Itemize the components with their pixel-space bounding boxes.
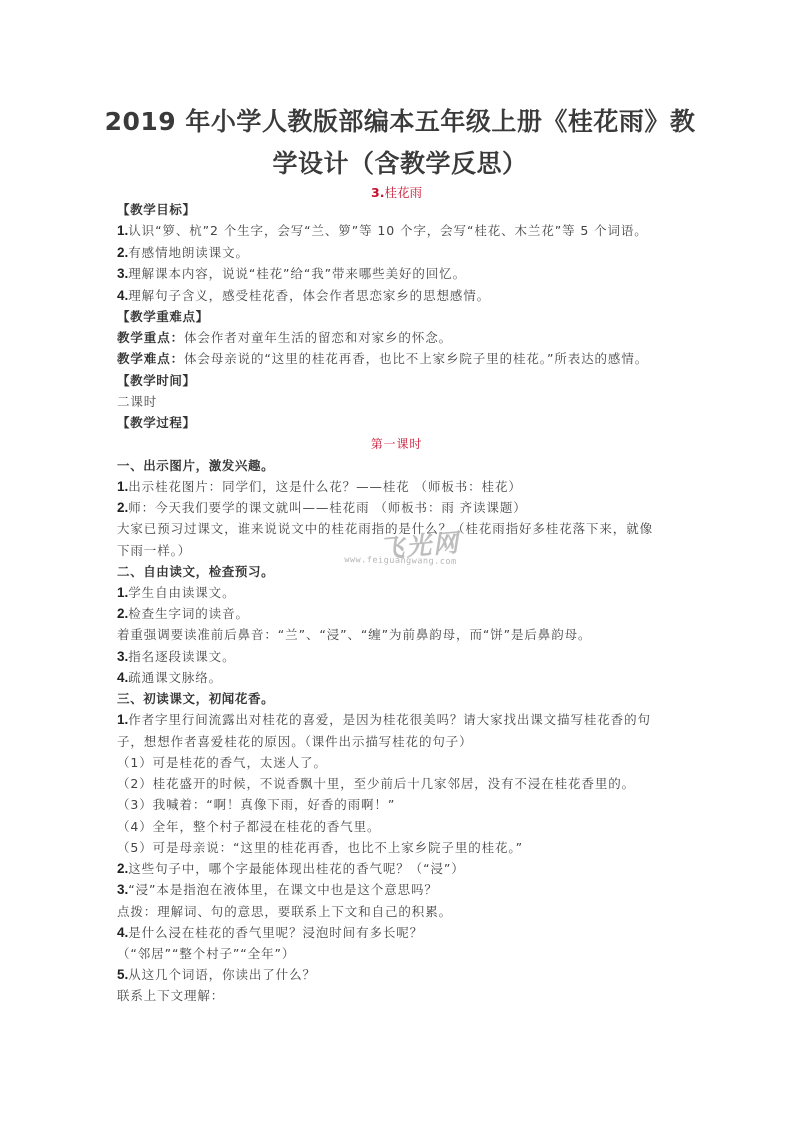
lesson-subtitle: 3.桂花雨 (0, 183, 793, 201)
numbered-item: 2.有感情地朗读课文。 (117, 245, 249, 261)
item-number: （5） (117, 840, 153, 855)
numbered-item: 4.理解句子含义，感受桂花香，体会作者思恋家乡的思想感情。 (117, 288, 490, 304)
numbered-item: 1.认识“箩、杭”2 个生字，会写“兰、箩”等 10 个字，会写“桂花、木兰花”… (117, 223, 648, 239)
item-number: 5. (117, 967, 128, 982)
quoted-sentence: （4）全年，整个村子都浸在桂花的香气里。 (117, 819, 380, 835)
item-number: 1. (117, 223, 128, 238)
section-heading: 【教学过程】 (117, 415, 196, 431)
paragraph-line: 点拨：理解词、句的意思，要联系上下文和自己的积累。 (117, 904, 452, 920)
document-title-line-1: 2019 年小学人教版部编本五年级上册《桂花雨》教 (100, 102, 700, 138)
item-text: 出示桂花图片：同学们，这是什么花？——桂花 （师板书：桂花） (128, 479, 521, 494)
labeled-paragraph: 教学重点：体会作者对童年生活的留恋和对家乡的怀念。 (117, 330, 452, 346)
item-text: 从这几个词语，你读出了什么？ (128, 967, 316, 982)
item-text: 理解句子含义，感受桂花香，体会作者思恋家乡的思想感情。 (128, 288, 490, 303)
quoted-sentence: （1）可是桂花的香气，太迷人了。 (117, 755, 327, 771)
item-text: 这些句子中，哪个字最能体现出桂花的香气呢？（“浸”） (128, 861, 464, 876)
item-number: （2） (117, 776, 153, 791)
numbered-item: 5.从这几个词语，你读出了什么？ (117, 967, 316, 983)
item-number: 4. (117, 288, 128, 303)
item-number: 3. (117, 649, 128, 664)
item-number: 3. (117, 266, 128, 281)
numbered-item: 3.指名逐段读课文。 (117, 649, 235, 665)
item-text: 可是桂花的香气，太迷人了。 (153, 755, 327, 770)
paragraph-label: 教学难点： (117, 351, 184, 366)
item-number: 2. (117, 500, 128, 515)
paragraph-line: （“邻居”“整个村子”“全年”） (117, 946, 295, 962)
item-text: 理解课本内容，说说“桂花”给“我”带来哪些美好的回忆。 (128, 266, 466, 281)
paragraph-line: 大家已预习过课文，谁来说说文中的桂花雨指的是什么？（桂花雨指好多桂花落下来，就像 (117, 521, 653, 537)
lesson-period-heading: 第一课时 (0, 436, 793, 452)
item-text: 疏通课文脉络。 (128, 670, 222, 685)
process-step-heading: 一、出示图片，激发兴趣。 (117, 458, 274, 474)
paragraph-text: 体会作者对童年生活的留恋和对家乡的怀念。 (184, 330, 452, 345)
section-heading: 【教学时间】 (117, 373, 196, 389)
quoted-sentence: （3）我喊着：“啊！真像下雨，好香的雨啊！” (117, 797, 395, 813)
item-text: 师：今天我们要学的课文就叫——桂花雨 （师板书：雨 齐读课题） (128, 500, 526, 515)
item-number: 4. (117, 670, 128, 685)
process-step-heading: 二、自由读文，检查预习。 (117, 564, 274, 580)
item-text: 检查生字词的读音。 (128, 606, 249, 621)
numbered-item: 2.这些句子中，哪个字最能体现出桂花的香气呢？（“浸”） (117, 861, 465, 877)
quoted-sentence: （2）桂花盛开的时候，不说香飘十里，至少前后十几家邻居，没有不浸在桂花香里的。 (117, 776, 635, 792)
paragraph-line: 子，想想作者喜爱桂花的原因。（课件出示描写桂花的句子） (117, 734, 473, 750)
item-text: 学生自由读课文。 (128, 585, 235, 600)
item-number: 2. (117, 606, 128, 621)
item-number: （4） (117, 819, 153, 834)
item-number: 1. (117, 585, 128, 600)
paragraph-label: 教学重点： (117, 330, 184, 345)
item-number: 2. (117, 245, 128, 260)
item-text: 有感情地朗读课文。 (128, 245, 249, 260)
numbered-item: 4.疏通课文脉络。 (117, 670, 222, 686)
process-step-heading: 三、初读课文，初闻花香。 (117, 691, 274, 707)
item-text: 指名逐段读课文。 (128, 649, 235, 664)
numbered-item: 1.出示桂花图片：同学们，这是什么花？——桂花 （师板书：桂花） (117, 479, 522, 495)
labeled-paragraph: 教学难点：体会母亲说的“这里的桂花再香，也比不上家乡院子里的桂花。”所表达的感情… (117, 351, 648, 367)
item-number: （3） (117, 797, 153, 812)
numbered-item: 3.理解课本内容，说说“桂花”给“我”带来哪些美好的回忆。 (117, 266, 466, 282)
item-text: “浸”本是指泡在液体里，在课文中也是这个意思吗？ (128, 882, 438, 897)
paragraph-line: 联系上下文理解： (117, 988, 224, 1004)
document-page: 2019 年小学人教版部编本五年级上册《桂花雨》教 学设计（含教学反思） 3.桂… (0, 0, 793, 1122)
numbered-item: 4.是什么浸在桂花的香气里呢？浸泡时间有多长呢？ (117, 925, 423, 941)
item-text: 作者字里行间流露出对桂花的喜爱，是因为桂花很美吗？请大家找出课文描写桂花香的句 (128, 712, 651, 727)
paragraph-line: 二课时 (117, 394, 157, 410)
item-number: 3. (117, 882, 128, 897)
section-heading: 【教学目标】 (117, 202, 196, 218)
item-text: 是什么浸在桂花的香气里呢？浸泡时间有多长呢？ (128, 925, 423, 940)
lesson-name: 桂花雨 (384, 185, 422, 200)
item-text: 可是母亲说：“这里的桂花再香，也比不上家乡院子里的桂花。” (153, 840, 523, 855)
item-number: （1） (117, 755, 153, 770)
numbered-item: 2.师：今天我们要学的课文就叫——桂花雨 （师板书：雨 齐读课题） (117, 500, 527, 516)
paragraph-line: 下雨一样。） (117, 543, 191, 559)
numbered-item: 3.“浸”本是指泡在液体里，在课文中也是这个意思吗？ (117, 882, 438, 898)
numbered-item: 2.检查生字词的读音。 (117, 606, 249, 622)
item-number: 1. (117, 712, 128, 727)
watermark-url: www.feiguangwang.com (344, 555, 457, 567)
numbered-item: 1.作者字里行间流露出对桂花的喜爱，是因为桂花很美吗？请大家找出课文描写桂花香的… (117, 712, 651, 728)
item-number: 2. (117, 861, 128, 876)
paragraph-line: 着重强调要读准前后鼻音：“兰”、“浸”、“缠”为前鼻韵母，而“饼”是后鼻韵母。 (117, 627, 591, 643)
item-text: 认识“箩、杭”2 个生字，会写“兰、箩”等 10 个字，会写“桂花、木兰花”等 … (128, 223, 647, 238)
paragraph-text: 体会母亲说的“这里的桂花再香，也比不上家乡院子里的桂花。”所表达的感情。 (184, 351, 648, 366)
item-text: 全年，整个村子都浸在桂花的香气里。 (153, 819, 381, 834)
section-heading: 【教学重难点】 (117, 309, 209, 325)
numbered-item: 1.学生自由读课文。 (117, 585, 235, 601)
item-number: 1. (117, 479, 128, 494)
quoted-sentence: （5）可是母亲说：“这里的桂花再香，也比不上家乡院子里的桂花。” (117, 840, 523, 856)
item-text: 我喊着：“啊！真像下雨，好香的雨啊！” (153, 797, 396, 812)
item-text: 桂花盛开的时候，不说香飘十里，至少前后十几家邻居，没有不浸在桂花香里的。 (153, 776, 635, 791)
item-number: 4. (117, 925, 128, 940)
document-title-line-2: 学设计（含教学反思） (100, 144, 700, 180)
lesson-number: 3. (371, 185, 384, 200)
